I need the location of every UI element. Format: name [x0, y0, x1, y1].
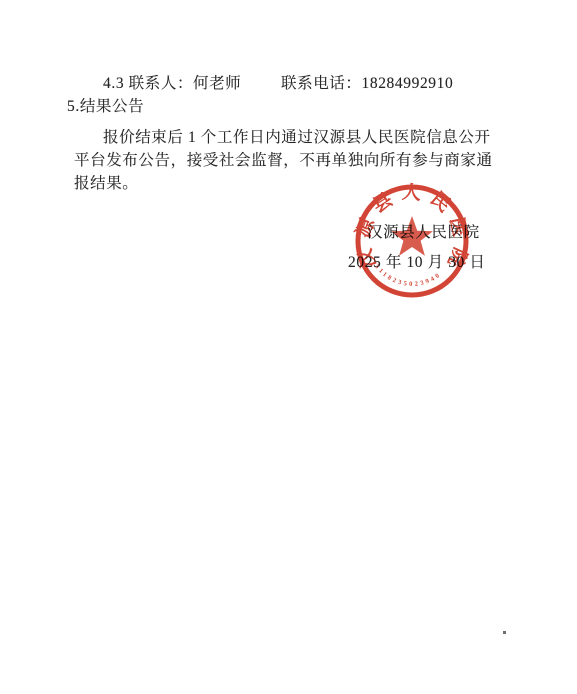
contact-line: 4.3 联系人：何老师 联系电话：18284992910 — [0, 76, 577, 94]
paragraph-line: 报价结束后 1 个工作日内通过汉源县人民医院信息公开 — [103, 130, 491, 146]
contact-phone-label: 联系电话：18284992910 — [281, 76, 453, 92]
scanned-document-page: 4.3 联系人：何老师 联系电话：18284992910 5.结果公告 报价结束… — [0, 0, 577, 694]
star-icon — [391, 216, 433, 256]
paragraph-line: 报结果。 — [74, 176, 138, 192]
paragraph-line: 平台发布公告，接受社会监督，不再单独向所有参与商家通 — [74, 153, 493, 169]
scan-artifact-speck — [503, 631, 506, 634]
official-red-seal: 汉源县人民医院 5118235023940 — [347, 176, 477, 306]
contact-person-label: 4.3 联系人：何老师 — [103, 76, 241, 92]
section-heading: 5.结果公告 — [67, 99, 144, 115]
